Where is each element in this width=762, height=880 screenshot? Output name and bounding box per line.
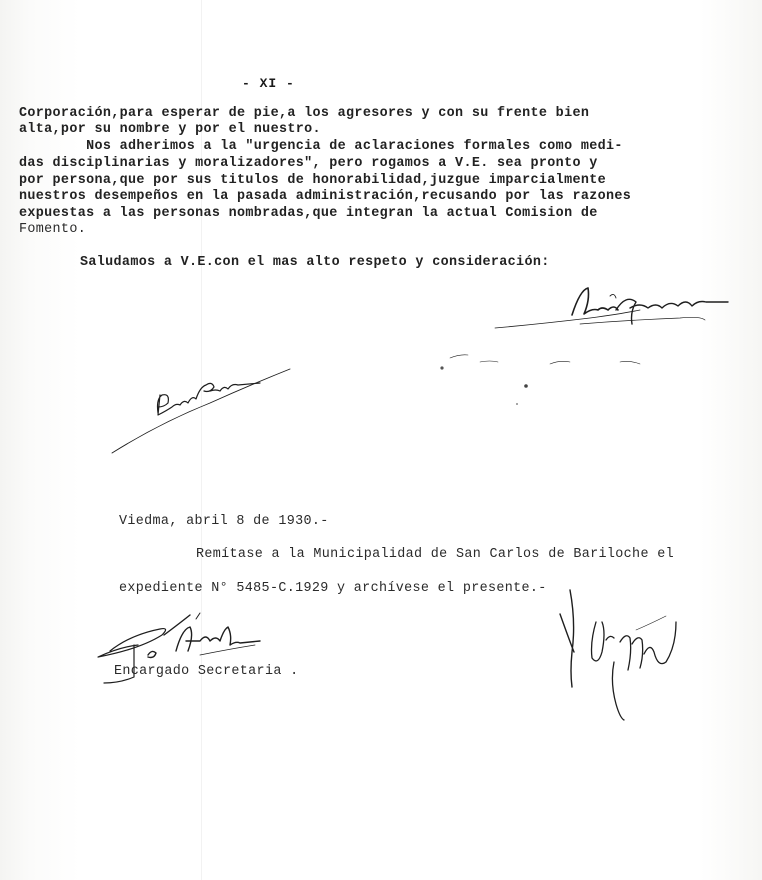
body-line: alta,por su nombre y por el nuestro. (19, 122, 321, 138)
body-line: Fomento. (19, 222, 86, 238)
resolution-line: expediente N° 5485-C.1929 y archívese el… (119, 581, 547, 597)
body-line: das disciplinarias y moralizadores", per… (19, 156, 598, 172)
document-page: - XI - Corporación,para esperar de pie,a… (0, 0, 762, 880)
body-line: Corporación,para esperar de pie,a los ag… (19, 106, 589, 122)
resolution-line: Remítase a la Municipalidad de San Carlo… (196, 547, 674, 563)
page-number: - XI - (242, 76, 295, 91)
date-line: Viedma, abril 8 de 1930.- (119, 514, 329, 530)
body-line: expuestas a las personas nombradas,que i… (19, 206, 598, 222)
closing-salutation: Saludamos a V.E.con el mas alto respeto … (80, 255, 550, 271)
faint-marks (420, 340, 680, 420)
signature-icon (100, 355, 300, 455)
signature-icon (540, 582, 700, 732)
body-line: nuestros desempeños en la pasada adminis… (19, 189, 631, 205)
signer-title: Encargado Secretaria . (114, 664, 299, 680)
body-line: Nos adherimos a la "urgencia de aclaraci… (19, 139, 623, 155)
body-line: por persona,que por sus titulos de honor… (19, 173, 606, 189)
